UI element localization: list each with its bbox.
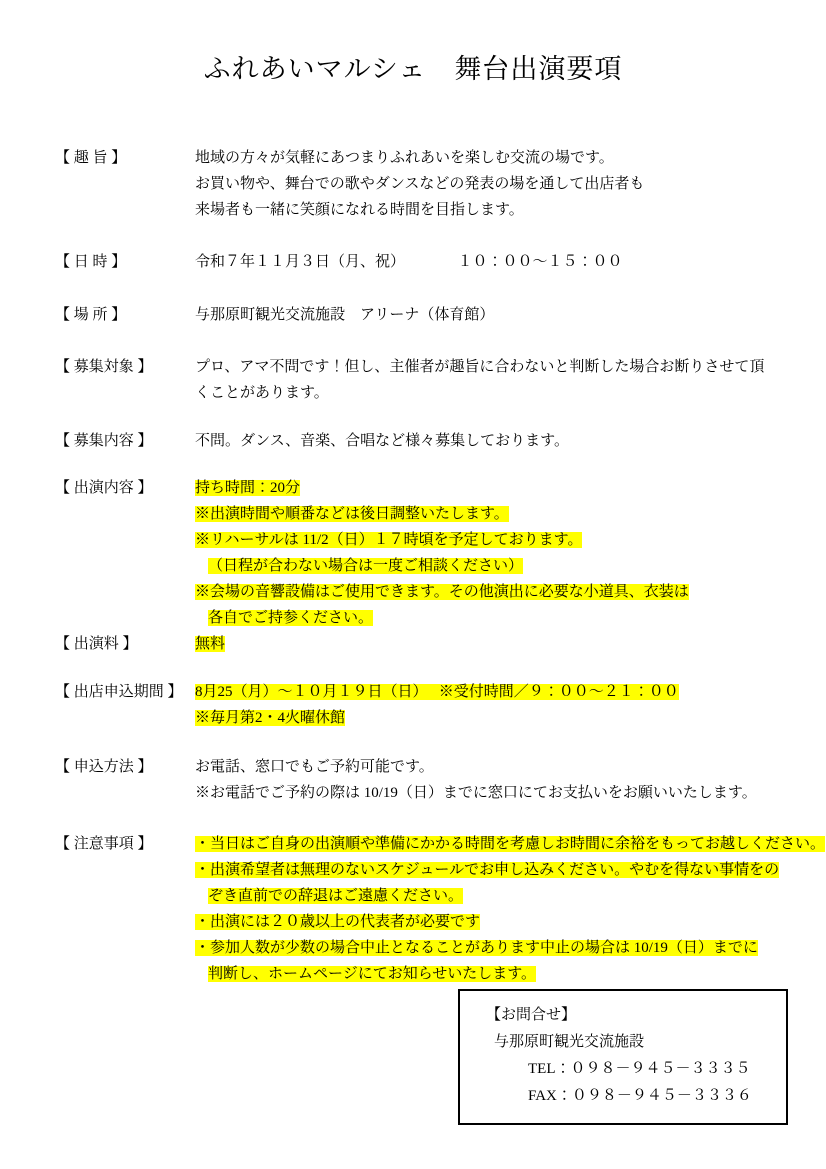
section-line: ・参加人数が少数の場合中止となることがあります中止の場合は 10/19（日）まで… — [195, 935, 788, 961]
section-line: 持ち時間：20分 — [195, 475, 788, 501]
section-line: 各自でご持参ください。 — [195, 605, 788, 631]
highlighted-text: 無料 — [195, 636, 225, 652]
highlighted-text: ・出演には２０歳以上の代表者が必要です — [195, 914, 480, 930]
section-line: 無料 — [195, 631, 788, 657]
highlighted-text: ぞき直前での辞退はご遠慮ください。 — [208, 888, 463, 904]
section-line: ※出演時間や順番などは後日調整いたします。 — [195, 501, 788, 527]
contact-tel: TEL：０９８－９４５－３３３５ — [528, 1056, 786, 1083]
section-line: 来場者も一緒に笑顔になれる時間を目指します。 — [195, 197, 788, 223]
section-line: くことがあります。 — [195, 380, 788, 406]
section-line: 地域の方々が気軽にあつまりふれあいを楽しむ交流の場です。 — [195, 145, 788, 171]
section-line: 判断し、ホームページにてお知らせいたします。 — [195, 961, 788, 987]
section-line: お買い物や、舞台での歌やダンスなどの発表の場を通して出店者も — [195, 171, 788, 197]
section-label: 【 募集内容 】 — [55, 428, 195, 454]
highlighted-text: ・参加人数が少数の場合中止となることがあります中止の場合は 10/19（日）まで… — [195, 940, 758, 956]
section-moshikomi-kikan: 【 出店申込期間 】 8月25（月）～１０月１９日（日） ※受付時間／９：００～… — [55, 679, 788, 731]
highlighted-text: （日程が合わない場合は一度ご相談ください） — [208, 558, 523, 574]
section-label: 【 出演料 】 — [55, 631, 195, 657]
contact-facility: 与那原町観光交流施設 — [494, 1029, 786, 1056]
section-boshu-taisho: 【 募集対象 】 プロ、アマ不問です！但し、主催者が趣旨に合わないと判断した場合… — [55, 354, 788, 406]
section-line: ・当日はご自身の出演順や準備にかかる時間を考慮しお時間に余裕をもってお越しくださ… — [195, 831, 788, 857]
section-basho: 【 場 所 】 与那原町観光交流施設 アリーナ（体育館） — [55, 302, 788, 328]
section-line: ぞき直前での辞退はご遠慮ください。 — [195, 883, 788, 909]
section-shutsuenryo: 【 出演料 】 無料 — [55, 631, 788, 657]
section-chui-jiko: 【 注意事項 】 ・当日はご自身の出演順や準備にかかる時間を考慮しお時間に余裕を… — [55, 831, 788, 987]
highlighted-text: ※リハーサルは 11/2（日）１７時頃を予定しております。 — [195, 532, 582, 548]
section-line: 与那原町観光交流施設 アリーナ（体育館） — [195, 302, 788, 328]
section-nichiji: 【 日 時 】 令和７年１１月３日（月、祝） １０：００～１５：００ — [55, 249, 788, 275]
section-line: ※会場の音響設備はご使用できます。その他演出に必要な小道具、衣装は — [195, 579, 788, 605]
contact-heading: 【お問合せ】 — [486, 1002, 786, 1029]
section-line: ・出演には２０歳以上の代表者が必要です — [195, 909, 788, 935]
highlighted-text: ・出演希望者は無理のないスケジュールでお申し込みください。やむを得ない事情をの — [195, 862, 779, 878]
document-body: 【 趣 旨 】 地域の方々が気軽にあつまりふれあいを楽しむ交流の場です。 お買い… — [55, 145, 788, 1125]
section-line: 令和７年１１月３日（月、祝） １０：００～１５：００ — [195, 249, 788, 275]
section-line: ※リハーサルは 11/2（日）１７時頃を予定しております。 — [195, 527, 788, 553]
section-moshikomi-hoho: 【 申込方法 】 お電話、窓口でもご予約可能です。 ※お電話でご予約の際は 10… — [55, 754, 788, 806]
section-line: お電話、窓口でもご予約可能です。 — [195, 754, 788, 780]
section-line: ※毎月第2・4火曜休館 — [195, 705, 788, 731]
section-line: 不問。ダンス、音楽、合唱など様々募集しております。 — [195, 428, 788, 454]
section-label: 【 趣 旨 】 — [55, 145, 195, 171]
highlighted-text: ※会場の音響設備はご使用できます。その他演出に必要な小道具、衣装は — [195, 584, 689, 600]
section-line: プロ、アマ不問です！但し、主催者が趣旨に合わないと判断した場合お断りさせて頂 — [195, 354, 788, 380]
highlighted-text: ※毎月第2・4火曜休館 — [195, 710, 345, 726]
section-label: 【 出店申込期間 】 — [55, 679, 195, 705]
section-label: 【 申込方法 】 — [55, 754, 195, 780]
section-line: （日程が合わない場合は一度ご相談ください） — [195, 553, 788, 579]
section-label: 【 出演内容 】 — [55, 475, 195, 501]
section-boshu-naiyo: 【 募集内容 】 不問。ダンス、音楽、合唱など様々募集しております。 — [55, 428, 788, 454]
document-title: ふれあいマルシェ 舞台出演要項 — [0, 0, 826, 88]
contact-fax: FAX：０９８－９４５－３３３６ — [528, 1083, 786, 1110]
section-line: ※お電話でご予約の際は 10/19（日）までに窓口にてお支払いをお願いいたします… — [195, 780, 788, 806]
highlighted-text: ・当日はご自身の出演順や準備にかかる時間を考慮しお時間に余裕をもってお越しくださ… — [195, 836, 825, 852]
section-label: 【 日 時 】 — [55, 249, 195, 275]
section-label: 【 募集対象 】 — [55, 354, 195, 380]
section-shushi: 【 趣 旨 】 地域の方々が気軽にあつまりふれあいを楽しむ交流の場です。 お買い… — [55, 145, 788, 223]
section-shutsuen-naiyo: 【 出演内容 】 持ち時間：20分 ※出演時間や順番などは後日調整いたします。 … — [55, 475, 788, 631]
section-line: ・出演希望者は無理のないスケジュールでお申し込みください。やむを得ない事情をの — [195, 857, 788, 883]
highlighted-text: 持ち時間：20分 — [195, 480, 300, 496]
highlighted-text: 判断し、ホームページにてお知らせいたします。 — [208, 966, 536, 982]
contact-box: 【お問合せ】 与那原町観光交流施設 TEL：０９８－９４５－３３３５ FAX：０… — [458, 989, 788, 1125]
document-page: ふれあいマルシェ 舞台出演要項 【 趣 旨 】 地域の方々が気軽にあつまりふれあ… — [0, 0, 826, 1169]
section-label: 【 場 所 】 — [55, 302, 195, 328]
highlighted-text: ※出演時間や順番などは後日調整いたします。 — [195, 506, 509, 522]
section-line: 8月25（月）～１０月１９日（日） ※受付時間／９：００～２１：００ — [195, 679, 788, 705]
highlighted-text: 8月25（月）～１０月１９日（日） ※受付時間／９：００～２１：００ — [195, 684, 679, 700]
highlighted-text: 各自でご持参ください。 — [208, 610, 373, 626]
section-label: 【 注意事項 】 — [55, 831, 195, 857]
